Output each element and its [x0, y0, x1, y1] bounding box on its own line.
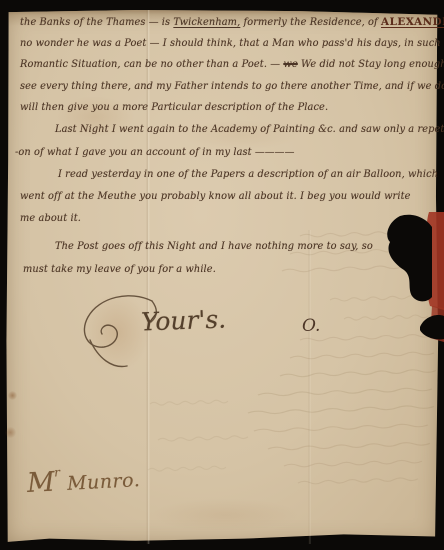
letter-text: I read yesterday in one of the Papers a …	[58, 169, 438, 180]
letter-line-12: must take my leave of you for a while.	[23, 264, 216, 275]
letter-line-2: no wonder he was a Poet — I should think…	[20, 38, 444, 49]
letter-text: no wonder he was a Poet — I should think…	[20, 38, 444, 49]
letter-line-1: the Banks of the Thames — is Twickenham,…	[20, 16, 444, 28]
struck-word: we	[283, 59, 297, 70]
letter-text-layer: the Banks of the Thames — is Twickenham,…	[0, 0, 444, 550]
letter-text: me about it.	[20, 213, 81, 224]
letter-text: We did not Stay long enough to	[298, 59, 444, 70]
letter-line-3: Romantic Situation, can be no other than…	[20, 59, 444, 70]
letter-text: Romantic Situation, can be no other than…	[20, 59, 283, 70]
underlined-place-name: Twickenham,	[173, 17, 240, 28]
letter-text: formerly the Residence, of	[240, 17, 381, 28]
letter-line-6: Last Night I went again to the Academy o…	[55, 124, 444, 135]
addressee-name: Mr Munro.	[26, 461, 141, 499]
addressee-surname: Munro.	[60, 469, 141, 495]
letter-text: The Post goes off this Night and I have …	[55, 241, 373, 252]
letter-text: see every thing there, and my Father int…	[20, 81, 444, 92]
letter-line-11: The Post goes off this Night and I have …	[55, 241, 373, 252]
letter-text: went off at the Meuthe you probably know…	[20, 191, 411, 202]
letter-line-8: I read yesterday in one of the Papers a …	[58, 169, 438, 180]
letter-text: -on of what I gave you an account of in …	[15, 147, 294, 158]
manuscript-photo: { "page": { "backdrop_color": "#0b0907",…	[0, 0, 444, 550]
letter-line-7: -on of what I gave you an account of in …	[15, 147, 294, 158]
letter-line-4: see every thing there, and my Father int…	[20, 81, 444, 92]
initial-o: O.	[302, 316, 320, 336]
addressee-prefix: M	[26, 467, 55, 499]
letter-line-9: went off at the Meuthe you probably know…	[20, 191, 411, 202]
letter-line-10: me about it.	[20, 213, 81, 224]
underlined-pope-name: ALEXANDER POPE	[381, 16, 444, 28]
letter-text: will then give you a more Particular des…	[20, 102, 328, 113]
letter-text: Last Night I went again to the Academy o…	[55, 124, 444, 135]
signature-yours: Your's.	[141, 305, 227, 337]
letter-text: the Banks of the Thames — is	[20, 17, 173, 28]
letter-line-5: will then give you a more Particular des…	[20, 102, 328, 113]
letter-text: must take my leave of you for a while.	[23, 264, 216, 275]
